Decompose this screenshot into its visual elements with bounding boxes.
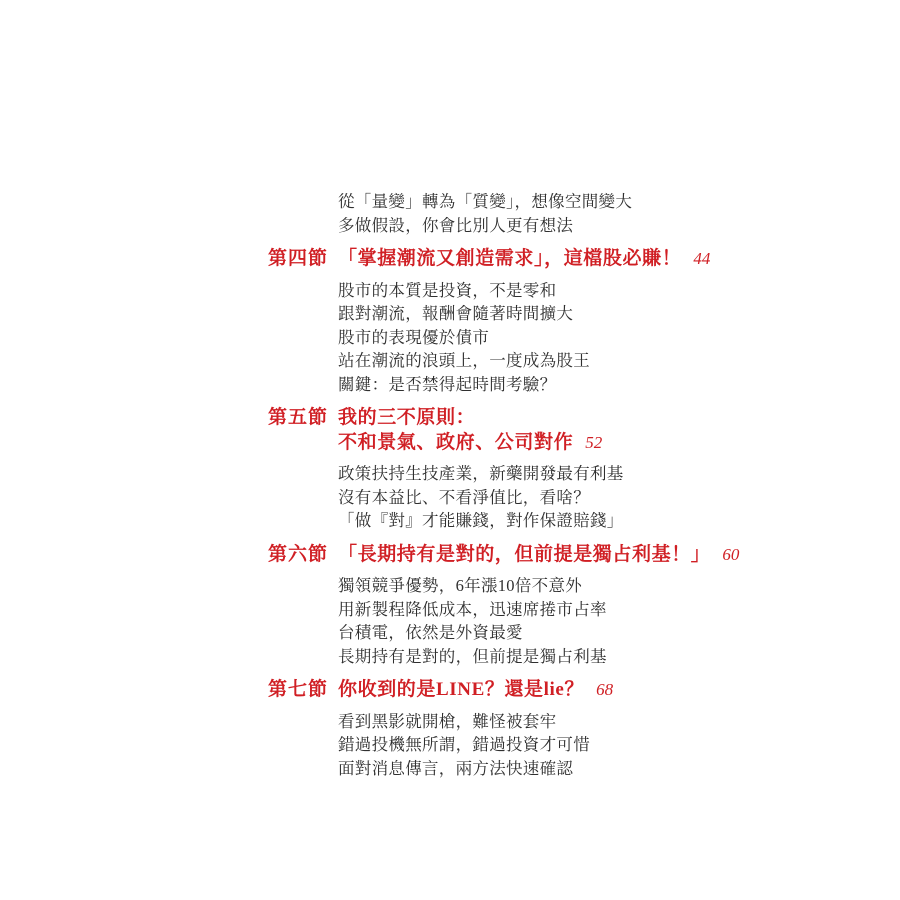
book-page: 從「量變」轉為「質變」，想像空間變大 多做假設，你會比別人更有想法 第四節 「掌… — [0, 0, 900, 900]
toc-entry-line: 面對消息傳言，兩方法快速確認 — [338, 757, 748, 781]
toc-entry-line: 跟對潮流，報酬會隨著時間擴大 — [338, 302, 748, 326]
page-number: 68 — [596, 680, 613, 699]
page-number: 52 — [585, 433, 602, 452]
section-label: 第五節 — [268, 406, 338, 431]
section-title-text: 我的三不原則： — [338, 407, 475, 428]
toc-section-4: 第四節 「掌握潮流又創造需求」，這檔股必賺！44 股市的本質是投資，不是零和 跟… — [268, 247, 748, 396]
page-number: 60 — [722, 545, 739, 564]
section-title-text: 「掌握潮流又創造需求」，這檔股必賺！ — [338, 248, 681, 269]
toc-entry-line: 關鍵：是否禁得起時間考驗？ — [338, 373, 748, 397]
toc-entry-line: 獨領競爭優勢，6年漲10倍不意外 — [338, 574, 748, 598]
section-title: 我的三不原則： — [338, 406, 748, 431]
section-label: 第七節 — [268, 678, 338, 703]
toc-entry-line: 政策扶持生技產業，新藥開發最有利基 — [338, 462, 748, 486]
toc-entry-line: 股市的本質是投資，不是零和 — [338, 279, 748, 303]
toc-entry-line: 沒有本益比、不看淨值比，看啥？ — [338, 486, 748, 510]
toc-entry-line: 用新製程降低成本，迅速席捲市占率 — [338, 598, 748, 622]
toc-section-6: 第六節 「長期持有是對的，但前提是獨占利基！」60 獨領競爭優勢，6年漲10倍不… — [268, 543, 748, 669]
toc-section-5: 第五節 我的三不原則： 不和景氣、政府、公司對作52 政策扶持生技產業，新藥開發… — [268, 406, 748, 533]
section-label: 第六節 — [268, 543, 338, 568]
toc-entry-line: 台積電，依然是外資最愛 — [338, 621, 748, 645]
toc-entry-line: 看到黑影就開槍，難怪被套牢 — [338, 710, 748, 734]
section-title: 「長期持有是對的，但前提是獨占利基！」60 — [338, 543, 748, 568]
toc-entry-line: 「做『對』才能賺錢，對作保證賠錢」 — [338, 509, 748, 533]
toc-entry-line: 從「量變」轉為「質變」，想像空間變大 — [338, 190, 748, 214]
toc-entry-line: 股市的表現優於債市 — [338, 326, 748, 350]
section-title-text: 你收到的是LINE？還是lie？ — [338, 679, 584, 700]
toc-section-7: 第七節 你收到的是LINE？還是lie？68 看到黑影就開槍，難怪被套牢 錯過投… — [268, 678, 748, 780]
toc-entry-line: 錯過投機無所謂，錯過投資才可惜 — [338, 733, 748, 757]
section-title-text: 「長期持有是對的，但前提是獨占利基！」 — [338, 544, 710, 565]
toc-entry-line: 站在潮流的浪頭上，一度成為股王 — [338, 349, 748, 373]
section-title: 你收到的是LINE？還是lie？68 — [338, 678, 748, 703]
table-of-contents: 從「量變」轉為「質變」，想像空間變大 多做假設，你會比別人更有想法 第四節 「掌… — [268, 190, 748, 780]
toc-entry-line: 多做假設，你會比別人更有想法 — [338, 214, 748, 238]
page-number: 44 — [693, 249, 710, 268]
intro-block: 從「量變」轉為「質變」，想像空間變大 多做假設，你會比別人更有想法 — [268, 190, 748, 237]
toc-entry-line: 長期持有是對的，但前提是獨占利基 — [338, 645, 748, 669]
section-title: 「掌握潮流又創造需求」，這檔股必賺！44 — [338, 247, 748, 272]
section-label: 第四節 — [268, 247, 338, 272]
section-title: 不和景氣、政府、公司對作52 — [338, 431, 748, 456]
section-title-text: 不和景氣、政府、公司對作 — [338, 432, 573, 453]
